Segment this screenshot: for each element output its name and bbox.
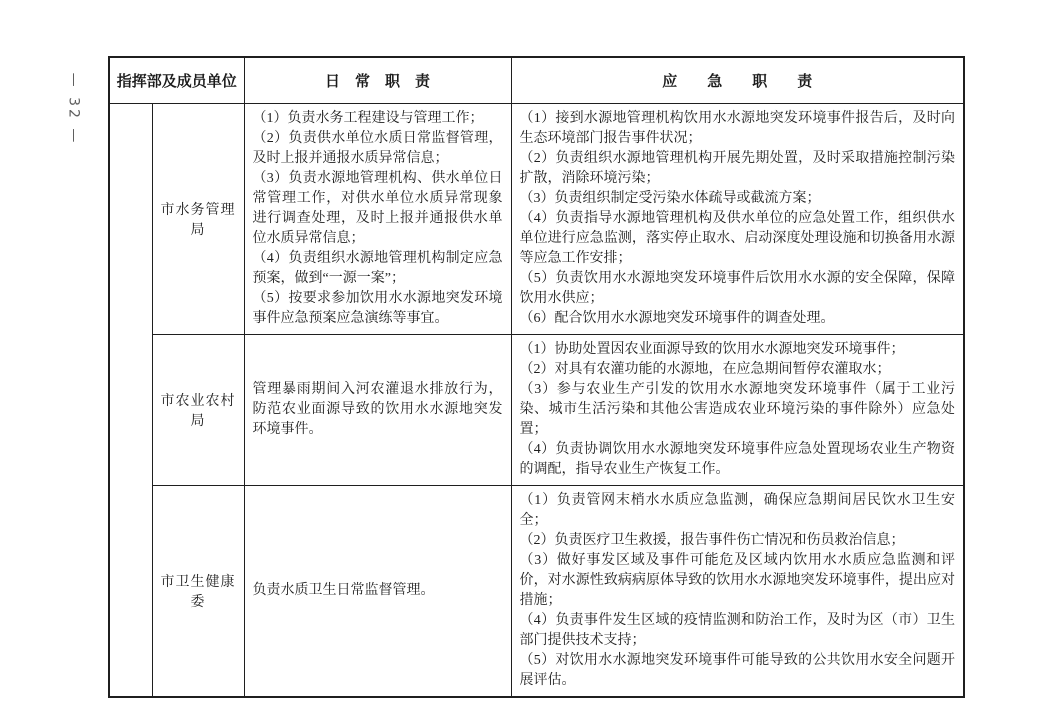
duty-item: （3）负责组织制定受污染水体疏导或截流方案；	[520, 189, 956, 209]
document-page: — 32 — 指挥部及成员单位 日 常 职 责 应 急 职 责 市水务管理局	[0, 0, 1059, 721]
daily-duties-list: 管理暴雨期间入河农灌退水排放行为，防范农业面源导致的饮用水水源地突发环境事件。	[253, 380, 503, 440]
unit-name: 市水务管理局	[161, 203, 236, 238]
duty-item: （4）负责组织水源地管理机构制定应急预案，做到“一源一案”；	[253, 249, 503, 289]
unit-cell: 市卫生健康委	[152, 485, 244, 697]
duty-item: （1）负责水务工程建设与管理工作；	[253, 109, 503, 129]
page-number: — 32 —	[52, 56, 94, 162]
duty-item: （3）参与农业生产引发的饮用水水源地突发环境事件（属于工业污染、城市生活污染和其…	[520, 380, 956, 440]
duty-item: （6）配合饮用水水源地突发环境事件的调查处理。	[520, 309, 956, 329]
spacer-cell	[109, 103, 152, 697]
table-row-water-bureau: 市水务管理局 （1）负责水务工程建设与管理工作；（2）负责供水单位水质日常监督管…	[109, 103, 964, 334]
duty-item: （5）对饮用水水源地突发环境事件可能导致的公共饮用水安全问题开展评估。	[520, 651, 956, 691]
duty-item: （2）负责医疗卫生救援，报告事件伤亡情况和伤员救治信息；	[520, 531, 956, 551]
duty-item: （1）接到水源地管理机构饮用水水源地突发环境事件报告后，及时向生态环境部门报告事…	[520, 109, 956, 149]
header-emergency-duties: 应 急 职 责	[511, 57, 964, 103]
table-header-row: 指挥部及成员单位 日 常 职 责 应 急 职 责	[109, 57, 964, 103]
duty-item: （3）负责水源地管理机构、供水单位日常管理工作，对供水单位水质异常现象进行调查处…	[253, 169, 503, 249]
duty-item: （1）负责管网末梢水水质应急监测，确保应急期间居民饮水卫生安全；	[520, 491, 956, 531]
unit-cell: 市农业农村局	[152, 334, 244, 485]
unit-cell: 市水务管理局	[152, 103, 244, 334]
page-number-text: — 32 —	[65, 73, 81, 146]
duty-item: 管理暴雨期间入河农灌退水排放行为，防范农业面源导致的饮用水水源地突发环境事件。	[253, 380, 503, 440]
duty-item: （5）负责饮用水水源地突发环境事件后饮用水水源的安全保障，保障饮用水供应；	[520, 269, 956, 309]
daily-duties-list: （1）负责水务工程建设与管理工作；（2）负责供水单位水质日常监督管理，及时上报并…	[253, 109, 503, 329]
table-row-health-commission: 市卫生健康委 负责水质卫生日常监督管理。 （1）负责管网末梢水水质应急监测，确保…	[109, 485, 964, 697]
daily-duties-cell: 负责水质卫生日常监督管理。	[244, 485, 511, 697]
duty-item: 负责水质卫生日常监督管理。	[253, 581, 503, 601]
duty-item: （2）负责组织水源地管理机构开展先期处置，及时采取措施控制污染扩散，消除环境污染…	[520, 149, 956, 189]
duty-item: （2）对具有农灌功能的水源地，在应急期间暂停农灌取水；	[520, 360, 956, 380]
emergency-duties-cell: （1）负责管网末梢水水质应急监测，确保应急期间居民饮水卫生安全；（2）负责医疗卫…	[511, 485, 964, 697]
duty-item: （1）协助处置因农业面源导致的饮用水水源地突发环境事件；	[520, 340, 956, 360]
duty-item: （2）负责供水单位水质日常监督管理，及时上报并通报水质异常信息；	[253, 129, 503, 169]
unit-name: 市卫生健康委	[161, 575, 236, 610]
table-row-agriculture-bureau: 市农业农村局 管理暴雨期间入河农灌退水排放行为，防范农业面源导致的饮用水水源地突…	[109, 334, 964, 485]
daily-duties-cell: 管理暴雨期间入河农灌退水排放行为，防范农业面源导致的饮用水水源地突发环境事件。	[244, 334, 511, 485]
duty-item: （4）负责指导水源地管理机构及供水单位的应急处置工作，组织供水单位进行应急监测，…	[520, 209, 956, 269]
emergency-duties-list: （1）协助处置因农业面源导致的饮用水水源地突发环境事件；（2）对具有农灌功能的水…	[520, 340, 956, 480]
duty-table: 指挥部及成员单位 日 常 职 责 应 急 职 责 市水务管理局 （1）负责水务工…	[108, 56, 965, 698]
duty-item: （3）做好事发区域及事件可能危及区域内饮用水水质应急监测和评价，对水源性致病病原…	[520, 551, 956, 611]
emergency-duties-list: （1）负责管网末梢水水质应急监测，确保应急期间居民饮水卫生安全；（2）负责医疗卫…	[520, 491, 956, 691]
daily-duties-list: 负责水质卫生日常监督管理。	[253, 581, 503, 601]
header-daily-duties: 日 常 职 责	[244, 57, 511, 103]
header-unit-column: 指挥部及成员单位	[109, 57, 244, 103]
daily-duties-cell: （1）负责水务工程建设与管理工作；（2）负责供水单位水质日常监督管理，及时上报并…	[244, 103, 511, 334]
unit-name: 市农业农村局	[161, 394, 236, 429]
emergency-duties-list: （1）接到水源地管理机构饮用水水源地突发环境事件报告后，及时向生态环境部门报告事…	[520, 109, 956, 329]
duty-item: （4）负责事件发生区域的疫情监测和防治工作，及时为区（市）卫生部门提供技术支持；	[520, 611, 956, 651]
emergency-duties-cell: （1）协助处置因农业面源导致的饮用水水源地突发环境事件；（2）对具有农灌功能的水…	[511, 334, 964, 485]
duty-item: （4）负责协调饮用水水源地突发环境事件应急处置现场农业生产物资的调配，指导农业生…	[520, 440, 956, 480]
emergency-duties-cell: （1）接到水源地管理机构饮用水水源地突发环境事件报告后，及时向生态环境部门报告事…	[511, 103, 964, 334]
duty-item: （5）按要求参加饮用水水源地突发环境事件应急预案应急演练等事宜。	[253, 289, 503, 329]
